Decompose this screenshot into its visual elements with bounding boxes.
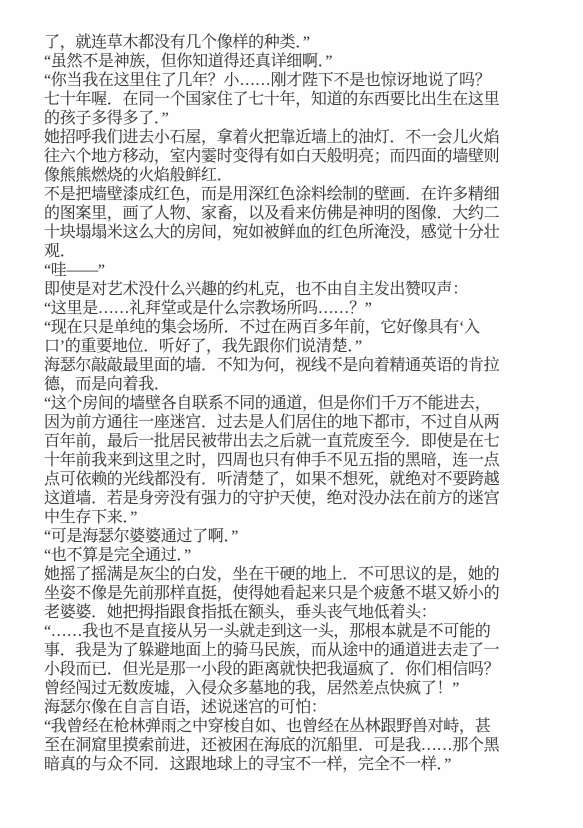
text-line: “也不算是完全通过．” (44, 546, 538, 565)
text-line: 中生存下来．” (44, 508, 538, 527)
text-line: 因为前方通往一座迷宫．过去是人们居住的地下都市，不过自从两 (44, 413, 538, 432)
text-line: “虽然不是神族，但你知道得还真详细啊．” (44, 52, 538, 71)
text-line: 十块塌塌米这么大的房间，宛如被鲜血的红色所淹没，感觉十分壮 (44, 223, 538, 242)
text-line: 点可依赖的光线都没有．听清楚了，如果不想死，就绝对不要跨越 (44, 470, 538, 489)
text-line: 十年前我来到这里之时，四周也只有伸手不见五指的黑暗，连一点 (44, 451, 538, 470)
text-line: 口’的重要地位．听好了，我先跟你们说清楚．” (44, 337, 538, 356)
text-line: 七十年喔．在同一个国家住了七十年，知道的东西要比出生在这里 (44, 90, 538, 109)
text-line: 海瑟尔像在自言自语，述说迷宫的可怕： (44, 698, 538, 717)
text-line: “可是海瑟尔婆婆通过了啊．” (44, 527, 538, 546)
text-line: 事．我是为了躲避地面上的骑马民族，而从途中的通道进去走了一 (44, 641, 538, 660)
page-text: 了，就连草木都没有几个像样的种类．” “虽然不是神族，但你知道得还真详细啊．” … (44, 33, 538, 774)
text-line: 这道墙．若是身旁没有强力的守护天使，绝对没办法在前方的迷宫 (44, 489, 538, 508)
text-line: 曾经闯过无数废墟，入侵众多墓地的我，居然差点快疯了！” (44, 679, 538, 698)
document-page: 了，就连草木都没有几个像样的种类．” “虽然不是神族，但你知道得还真详细啊．” … (0, 0, 583, 828)
text-line: 不是把墙壁漆成红色，而是用深红色涂料绘制的壁画．在许多精细 (44, 185, 538, 204)
text-line: 德，而是向着我． (44, 375, 538, 394)
text-line: “你当我在这里住了几年？小……刚才陛下不是也惊讶地说了吗？ (44, 71, 538, 90)
text-line: “我曾经在枪林弹雨之中穿梭自如、也曾经在丛林跟野兽对峙，甚 (44, 717, 538, 736)
text-line: 老婆婆．她把拇指跟食指抵在额头，垂头丧气地低着头： (44, 603, 538, 622)
text-line: 观． (44, 242, 538, 261)
text-line: 至在洞窟里摸索前进，还被困在海底的沉船里．可是我……那个黑 (44, 736, 538, 755)
text-line: “现在只是单纯的集会场所．不过在两百多年前，它好像具有‘入 (44, 318, 538, 337)
text-line: 她招呼我们进去小石屋，拿着火把靠近墙上的油灯．不一会儿火焰 (44, 128, 538, 147)
text-line: 百年前，最后一批居民被带出去之后就一直荒废至今．即使是在七 (44, 432, 538, 451)
text-line: 即使是对艺术没什么兴趣的约札克，也不由自主发出赞叹声： (44, 280, 538, 299)
text-line: “哇——” (44, 261, 538, 280)
text-line: 了，就连草木都没有几个像样的种类．” (44, 33, 538, 52)
text-line: 小段而已．但光是那一小段的距离就快把我逼疯了．你们相信吗？ (44, 660, 538, 679)
text-line: 坐姿不像是先前那样直挺，使得她看起来只是个疲惫不堪又娇小的 (44, 584, 538, 603)
text-line: 她摇了摇满是灰尘的白发，坐在干硬的地上．不可思议的是，她的 (44, 565, 538, 584)
text-line: 像熊熊燃烧的火焰般鲜红． (44, 166, 538, 185)
text-line: 的孩子多得多了．” (44, 109, 538, 128)
text-line: 往六个地方移动，室内霎时变得有如白天般明亮；而四面的墙壁则 (44, 147, 538, 166)
text-line: 暗真的与众不同．这跟地球上的寻宝不一样，完全不一样．” (44, 755, 538, 774)
text-line: 的图案里，画了人物、家畜，以及看来仿佛是神明的图像．大约二 (44, 204, 538, 223)
text-line: “这个房间的墙壁各自联系不同的通道，但是你们千万不能进去， (44, 394, 538, 413)
text-line: 海瑟尔敲敲最里面的墙．不知为何，视线不是向着精通英语的肯拉 (44, 356, 538, 375)
text-line: “这里是……礼拜堂或是什么宗教场所吗……？” (44, 299, 538, 318)
text-line: “……我也不是直接从另一头就走到这一头，那根本就是不可能的 (44, 622, 538, 641)
